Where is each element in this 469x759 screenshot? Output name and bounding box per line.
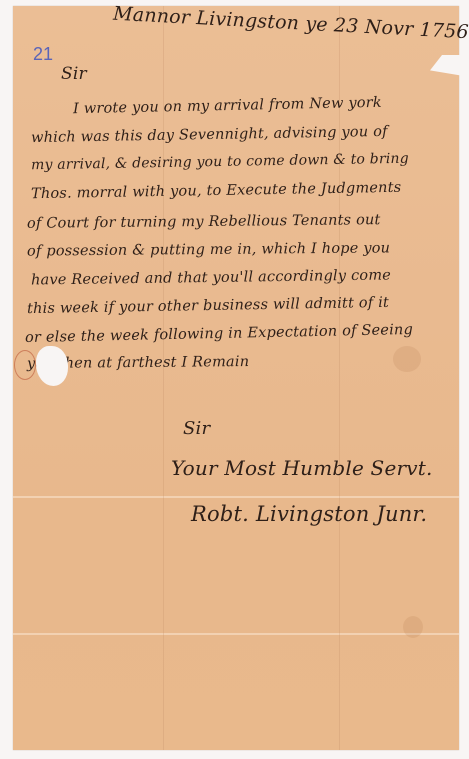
fold-line (13, 496, 459, 498)
body-line: of Court for turning my Rebellious Tenan… (27, 212, 381, 232)
letter-paper: 21 Mannor Livingston ye 23 Novr 1756 Sir… (13, 6, 459, 750)
burn-mark (14, 350, 36, 380)
body-line: this week if your other business will ad… (27, 295, 389, 317)
body-line: have Received and that you'll accordingl… (31, 267, 391, 288)
closing-salutation: Sir (183, 418, 210, 439)
body-line: of possession & putting me in, which I h… (27, 240, 390, 259)
paper-hole (36, 346, 68, 386)
closing: Your Most Humble Servt. (171, 456, 433, 480)
letter-heading: Mannor Livingston ye 23 Novr 1756 (113, 3, 469, 44)
signature: Robt. Livingston Junr. (191, 502, 427, 526)
fold-line (163, 6, 164, 750)
salutation: Sir (61, 64, 87, 84)
body-line: Thos. morral with you, to Execute the Ju… (31, 180, 402, 202)
fold-line (339, 6, 340, 750)
water-stain (393, 346, 421, 372)
water-stain (403, 616, 423, 638)
archive-number: 21 (33, 44, 53, 65)
body-line: which was this day Sevennight, advising … (31, 124, 388, 146)
fold-line (13, 633, 459, 635)
body-line: I wrote you on my arrival from New york (73, 95, 382, 117)
body-line: or else the week following in Expectatio… (25, 322, 413, 346)
body-line: my arrival, & desiring you to come down … (31, 151, 409, 174)
